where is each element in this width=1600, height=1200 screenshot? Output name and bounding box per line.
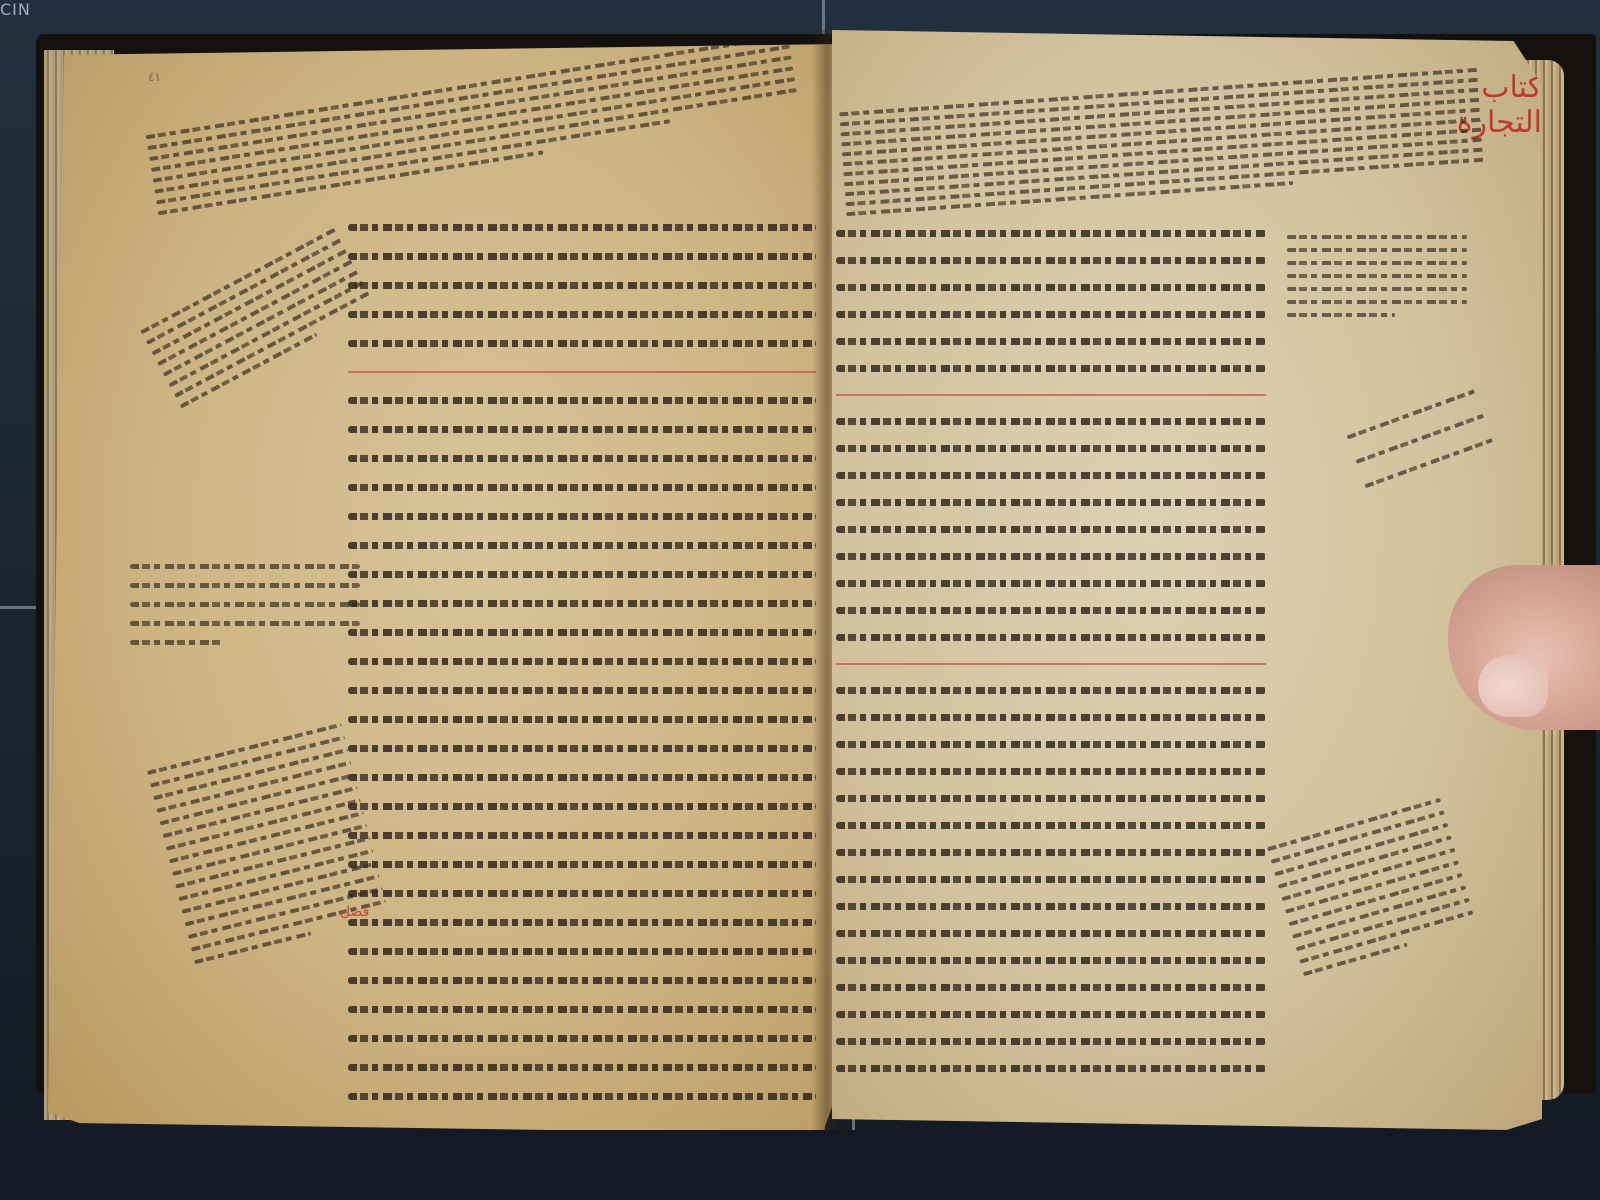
margin-note-mid-left: [130, 564, 360, 645]
margin-note-right-mid: [1347, 388, 1498, 489]
folio-number: ٤١: [148, 70, 161, 84]
left-rubric-heading: فصل: [340, 904, 369, 920]
mat-label: CIN: [0, 0, 31, 19]
margin-note-right-bottom: [1267, 798, 1477, 976]
margin-note-right-side: [1287, 235, 1467, 317]
mat-bottom: [0, 1130, 1600, 1200]
margin-note-right-top: [839, 68, 1485, 216]
thumbnail: [1478, 655, 1548, 717]
margin-note-upper-left: [140, 228, 376, 409]
left-main-text: [348, 224, 816, 1100]
margin-note-top: [146, 44, 801, 215]
right-page: كتاب التجارة: [832, 30, 1542, 1130]
left-page: ٤١ فصل: [48, 44, 838, 1134]
right-main-text: [836, 230, 1266, 1072]
mat-grid-line: [0, 606, 40, 609]
